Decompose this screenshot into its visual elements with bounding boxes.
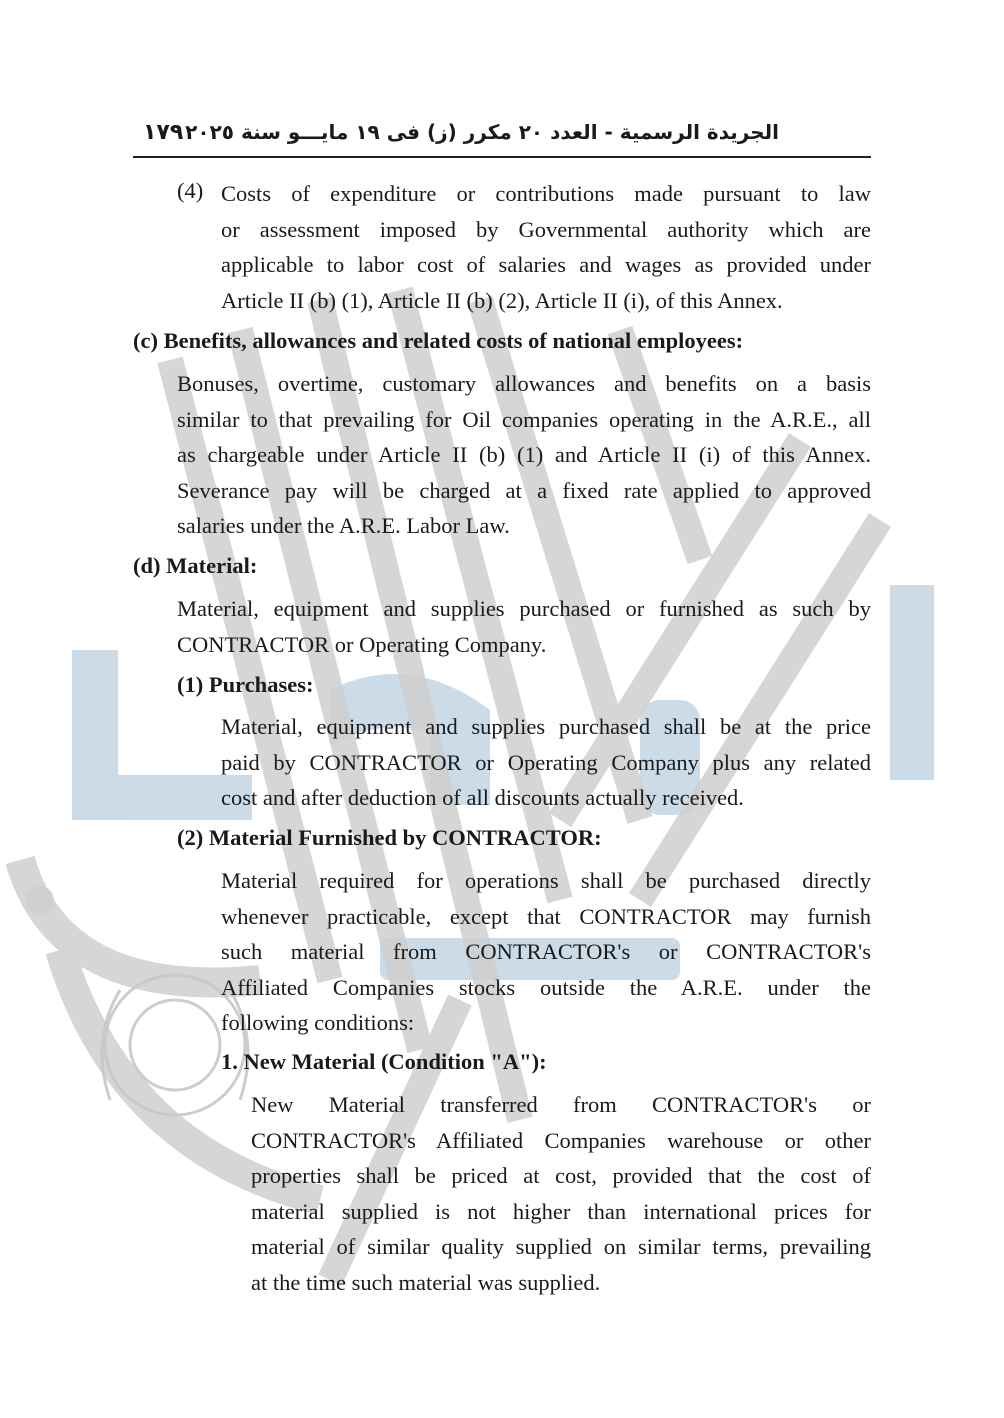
text-line: such material from CONTRACTOR's or CONTR… bbox=[221, 934, 871, 970]
new-material-heading: 1. New Material (Condition "A"): bbox=[221, 1049, 547, 1075]
purchases-heading: (1) Purchases: bbox=[177, 672, 313, 698]
text-line: CONTRACTOR's Affiliated Companies wareho… bbox=[251, 1123, 871, 1159]
text-line: Material, equipment and supplies purchas… bbox=[177, 591, 871, 627]
text-line: Bonuses, overtime, customary allowances … bbox=[177, 366, 871, 402]
text-line: Article II (b) (1), Article II (b) (2), … bbox=[221, 283, 871, 319]
text-line: cost and after deduction of all discount… bbox=[221, 780, 871, 816]
page-header: ١٧٩ الجريدة الرسمية - العدد ٢٠ مكرر (ز) … bbox=[133, 112, 871, 152]
text-line: New Material transferred from CONTRACTOR… bbox=[251, 1087, 871, 1123]
text-line: Material required for operations shall b… bbox=[221, 863, 871, 899]
material-furnished-paragraph: Material required for operations shall b… bbox=[221, 863, 871, 1041]
new-material-paragraph: New Material transferred from CONTRACTOR… bbox=[251, 1087, 871, 1301]
text-line: CONTRACTOR or Operating Company. bbox=[177, 627, 871, 663]
section-d-paragraph: Material, equipment and supplies purchas… bbox=[177, 591, 871, 662]
text-line: following conditions: bbox=[221, 1005, 871, 1041]
text-line: properties shall be priced at cost, prov… bbox=[251, 1158, 871, 1194]
text-line: similar to that prevailing for Oil compa… bbox=[177, 402, 871, 438]
section-c-heading: (c) Benefits, allowances and related cos… bbox=[133, 328, 743, 354]
text-line: Severance pay will be charged at a fixed… bbox=[177, 473, 871, 509]
text-line: or assessment imposed by Governmental au… bbox=[221, 212, 871, 248]
text-line: as chargeable under Article II (b) (1) a… bbox=[177, 437, 871, 473]
gazette-title: الجريدة الرسمية - العدد ٢٠ مكرر (ز) فى ١… bbox=[185, 120, 779, 144]
item-4-label: (4) bbox=[177, 178, 203, 204]
text-line: at the time such material was supplied. bbox=[251, 1265, 871, 1301]
text-line: Costs of expenditure or contributions ma… bbox=[221, 176, 871, 212]
text-line: Material, equipment and supplies purchas… bbox=[221, 709, 871, 745]
section-d-heading: (d) Material: bbox=[133, 553, 257, 579]
material-furnished-heading: (2) Material Furnished by CONTRACTOR: bbox=[177, 825, 602, 851]
text-line: applicable to labor cost of salaries and… bbox=[221, 247, 871, 283]
text-line: salaries under the A.R.E. Labor Law. bbox=[177, 508, 871, 544]
purchases-paragraph: Material, equipment and supplies purchas… bbox=[221, 709, 871, 816]
text-line: material supplied is not higher than int… bbox=[251, 1194, 871, 1230]
text-line: material of similar quality supplied on … bbox=[251, 1229, 871, 1265]
text-line: Affiliated Companies stocks outside the … bbox=[221, 970, 871, 1006]
text-line: whenever practicable, except that CONTRA… bbox=[221, 899, 871, 935]
text-line: paid by CONTRACTOR or Operating Company … bbox=[221, 745, 871, 781]
item-4-paragraph: Costs of expenditure or contributions ma… bbox=[221, 176, 871, 318]
page-number: ١٧٩ bbox=[143, 120, 183, 145]
section-c-paragraph: Bonuses, overtime, customary allowances … bbox=[177, 366, 871, 544]
header-divider bbox=[133, 156, 871, 158]
